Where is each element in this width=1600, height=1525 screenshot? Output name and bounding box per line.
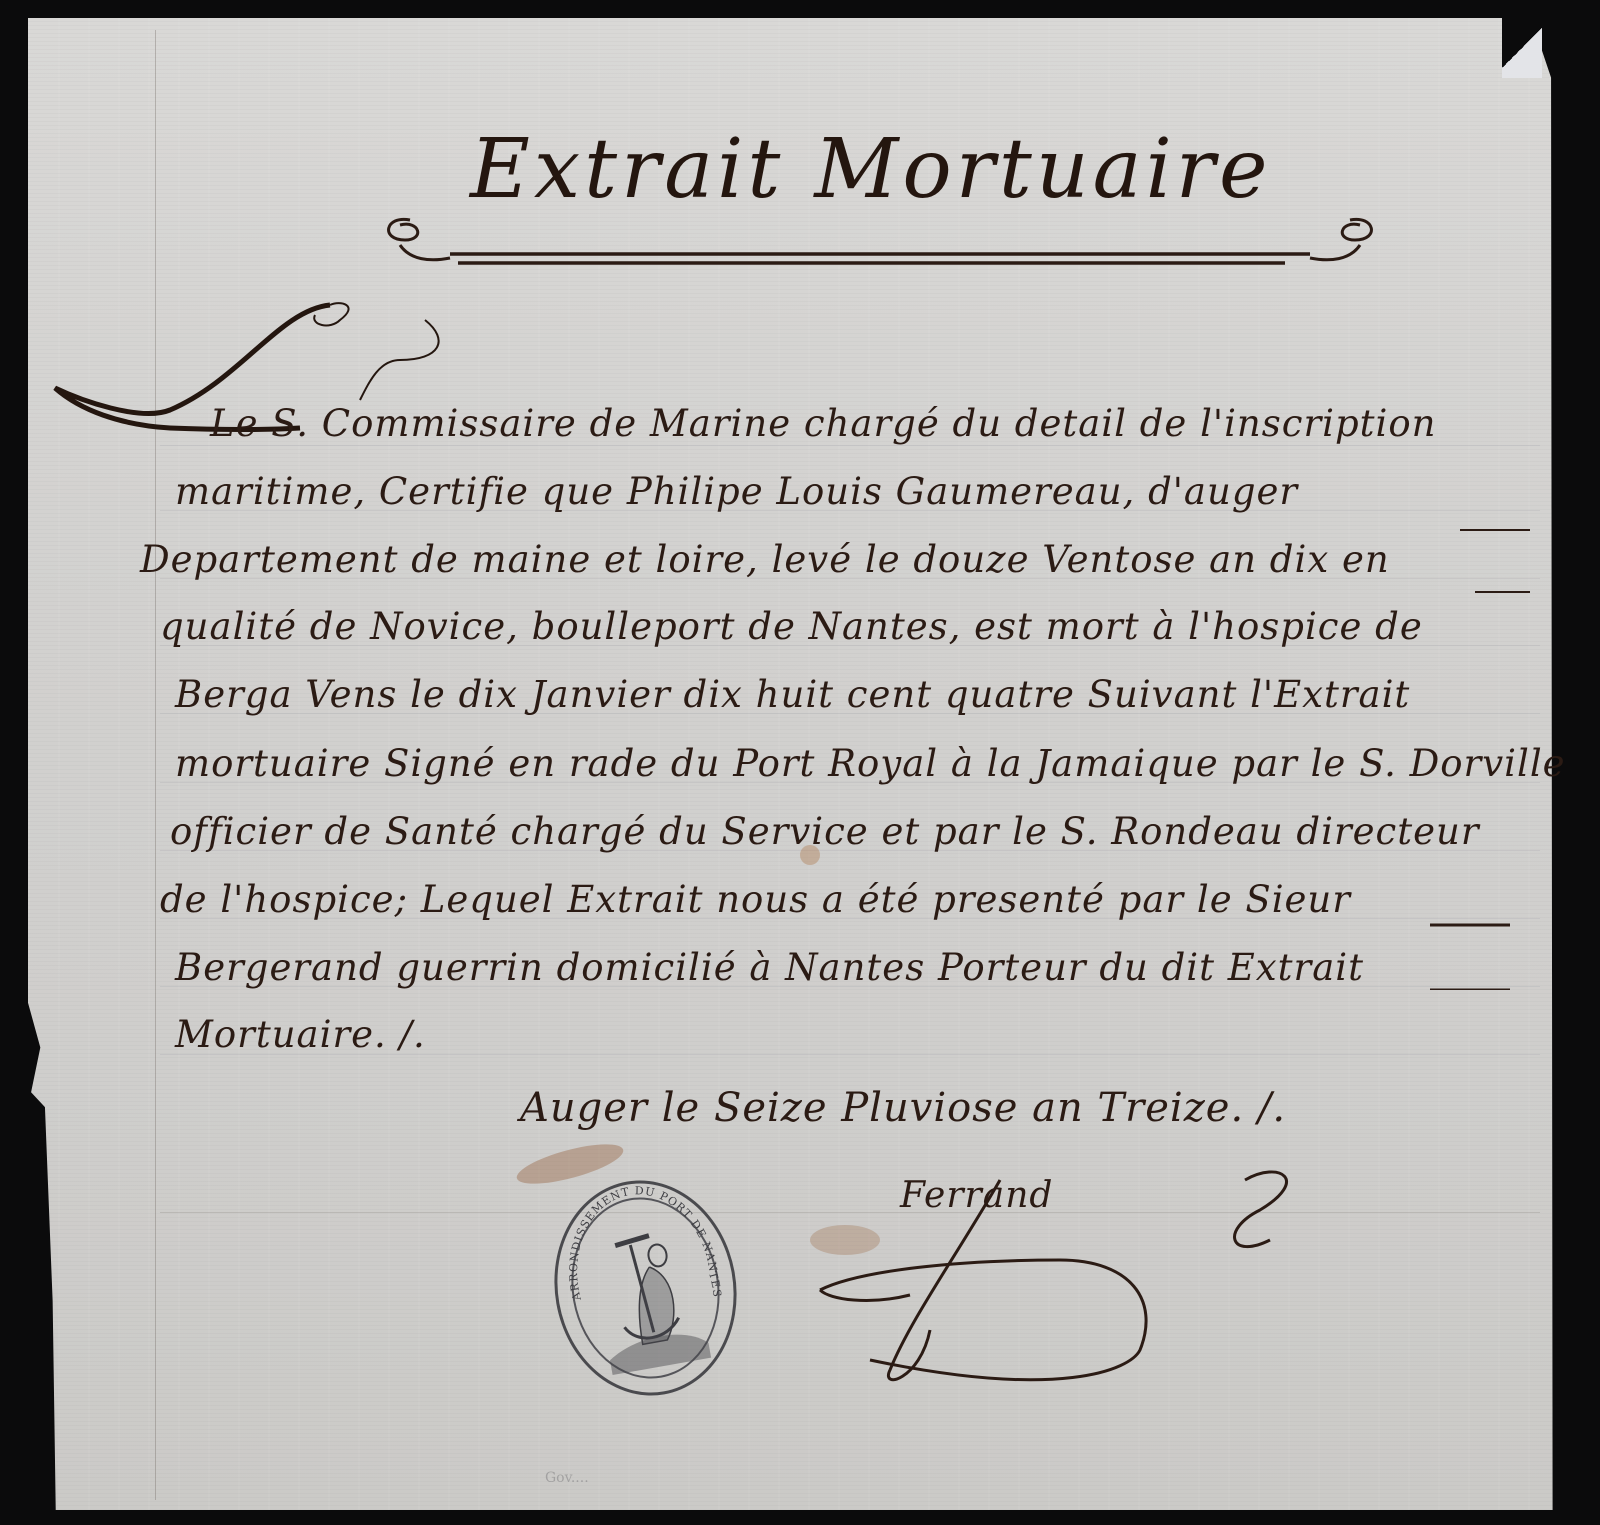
signature-flourish xyxy=(800,1160,1300,1420)
body-line-5: Berga Vens le dix Janvier dix huit cent … xyxy=(175,673,1410,716)
body-line-10: Mortuaire. /. xyxy=(175,1013,426,1056)
margin-line xyxy=(155,30,156,1500)
body-line-4: qualité de Novice, boulleport de Nantes,… xyxy=(160,605,1423,648)
body-line-2: maritime, Certifie que Philipe Louis Gau… xyxy=(175,470,1298,513)
dateline: Auger le Seize Pluviose an Treize. /. xyxy=(520,1085,1286,1131)
seal-text: ARRONDISSEMENT DU PORT DE NANTES xyxy=(552,1172,724,1323)
body-line-3: Departement de maine et loire, levé le d… xyxy=(140,538,1390,581)
body-line-9: Bergerand guerrin domicilié à Nantes Por… xyxy=(175,946,1364,989)
body-line-8: de l'hospice; Lequel Extrait nous a été … xyxy=(160,878,1351,921)
line-end-dashes xyxy=(1400,430,1550,990)
seal-figure-with-anchor-icon: ARRONDISSEMENT DU PORT DE NANTES xyxy=(541,1169,750,1406)
body-line-7: officier de Santé chargé du Service et p… xyxy=(170,810,1480,853)
rust-spot xyxy=(800,845,820,865)
body-line-1: Le S. Commissaire de Marine chargé du de… xyxy=(210,402,1436,445)
faint-pencil-notation: Gov.... xyxy=(545,1470,589,1486)
title-flourish-underline xyxy=(380,200,1380,280)
torn-corner xyxy=(1502,18,1542,78)
svg-text:ARRONDISSEMENT DU PORT DE NANT: ARRONDISSEMENT DU PORT DE NANTES xyxy=(552,1172,724,1323)
body-line-6: mortuaire Signé en rade du Port Royal à … xyxy=(175,742,1566,785)
